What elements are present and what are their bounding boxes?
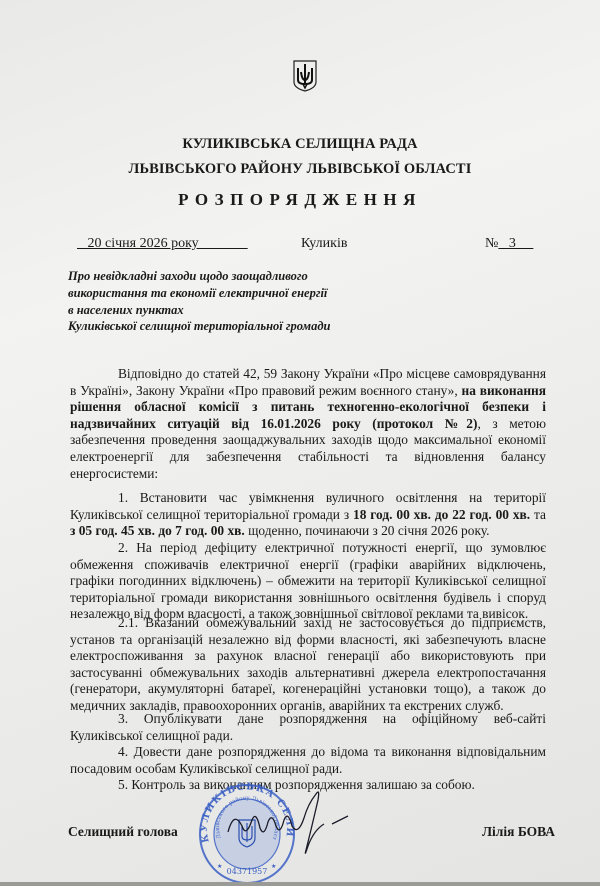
subject-line: Куликівської селищної територіальної гро… (68, 318, 331, 335)
item-3-text: 3. Опублікувати дане розпорядження на оф… (70, 711, 546, 744)
item-3: 3. Опублікувати дане розпорядження на оф… (70, 711, 546, 744)
subject-line: Про невідкладні заходи щодо заощадливого (68, 268, 331, 285)
signatory-title: Селищний голова (68, 824, 178, 840)
item-2: 2. На період дефіциту електричної потужн… (70, 540, 546, 623)
number-label: № (485, 236, 498, 251)
item-1: 1. Встановити час увімкнення вуличного о… (70, 490, 546, 540)
council-name: КУЛИКІВСЬКА СЕЛИЩНА РАДА (0, 136, 600, 153)
item-2-text: 2. На період дефіциту електричної потужн… (70, 540, 546, 623)
document-place: Куликів (301, 236, 347, 252)
item-1-conj: та (530, 507, 546, 522)
item-1-text-end: щоденно, починаючи з 20 січня 2026 року. (245, 523, 490, 538)
svg-text:★: ★ (271, 863, 276, 870)
item-4-text: 4. Довести дане розпорядження до відома … (70, 744, 546, 777)
handwritten-signature (220, 780, 380, 860)
svg-text:04371957: 04371957 (227, 867, 268, 876)
item-2-1: 2.1. Вказаний обмежувальний захід не зас… (70, 615, 546, 715)
council-region: ЛЬВІВСЬКОГО РАЙОНУ ЛЬВІВСЬКОЇ ОБЛАСТІ (0, 161, 600, 178)
svg-text:★: ★ (217, 863, 222, 870)
number-value: 3 (498, 236, 533, 251)
preamble-paragraph: Відповідно до статей 42, 59 Закону Украї… (70, 366, 546, 482)
document-page: КУЛИКІВСЬКА СЕЛИЩНА РАДА ЛЬВІВСЬКОГО РАЙ… (0, 0, 600, 882)
subject-line: в населених пунктах (68, 302, 331, 319)
signatory-name: Лілія БОВА (482, 824, 555, 840)
document-type: РОЗПОРЯДЖЕННЯ (0, 190, 600, 210)
document-date: 20 січня 2026 року (77, 236, 248, 252)
page-bottom-edge (0, 882, 600, 886)
item-1-morning-hours: з 05 год. 45 хв. до 7 год. 00 хв. (70, 523, 245, 538)
subject-line: використання та економії електричної ене… (68, 285, 331, 302)
document-subject: Про невідкладні заходи щодо заощадливого… (68, 268, 331, 335)
item-1-evening-hours: 18 год. 00 хв. до 22 год. 00 хв. (353, 507, 530, 522)
item-2-1-text: 2.1. Вказаний обмежувальний захід не зас… (70, 615, 546, 715)
document-number: № 3 (485, 236, 533, 252)
item-4: 4. Довести дане розпорядження до відома … (70, 744, 546, 777)
trident-coat-of-arms-icon (293, 60, 317, 92)
